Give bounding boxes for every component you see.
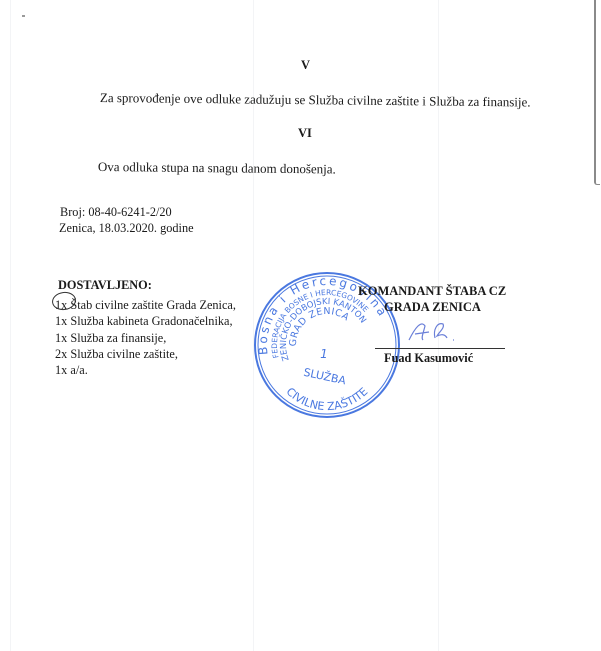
section-v-heading: V xyxy=(301,58,310,73)
margin-bracket xyxy=(594,0,600,185)
delivered-to-title: DOSTAVLJENO: xyxy=(58,277,152,293)
page-fold-line xyxy=(10,0,11,651)
section-vi-text: Ova odluka stupa na snagu danom donošenj… xyxy=(98,159,336,177)
svg-text:SLUŽBA: SLUŽBA xyxy=(302,366,347,388)
list-item: 1x Služba za finansije, xyxy=(55,330,236,346)
list-item: 1x Služba kabineta Gradonačelnika, xyxy=(55,313,236,329)
list-item: 2x Služba civilne zaštite, xyxy=(55,346,236,362)
scan-speck xyxy=(22,15,25,17)
handwritten-signature xyxy=(405,316,465,346)
reference-number: Broj: 08-40-6241-2/20 xyxy=(60,204,172,220)
signatory-title-line1: KOMANDANT ŠTABA CZ xyxy=(358,283,506,299)
list-item: 1x Štab civilne zaštite Grada Zenica, xyxy=(55,297,236,313)
list-item: 1x a/a. xyxy=(55,362,236,378)
signatory-name: Fuad Kasumović xyxy=(384,350,473,366)
section-v-text: Za sprovođenje ove odluke zadužuju se Sl… xyxy=(100,90,531,111)
signatory-title-line2: GRADA ZENICA xyxy=(384,299,481,315)
svg-text:1: 1 xyxy=(320,347,328,361)
signature-line xyxy=(375,348,505,349)
delivered-to-list: 1x Štab civilne zaštite Grada Zenica, 1x… xyxy=(55,297,236,378)
svg-text:CIVILNE ZAŠTITE: CIVILNE ZAŠTITE xyxy=(284,385,371,413)
place-date: Zenica, 18.03.2020. godine xyxy=(59,220,194,236)
section-vi-heading: VI xyxy=(298,126,312,141)
